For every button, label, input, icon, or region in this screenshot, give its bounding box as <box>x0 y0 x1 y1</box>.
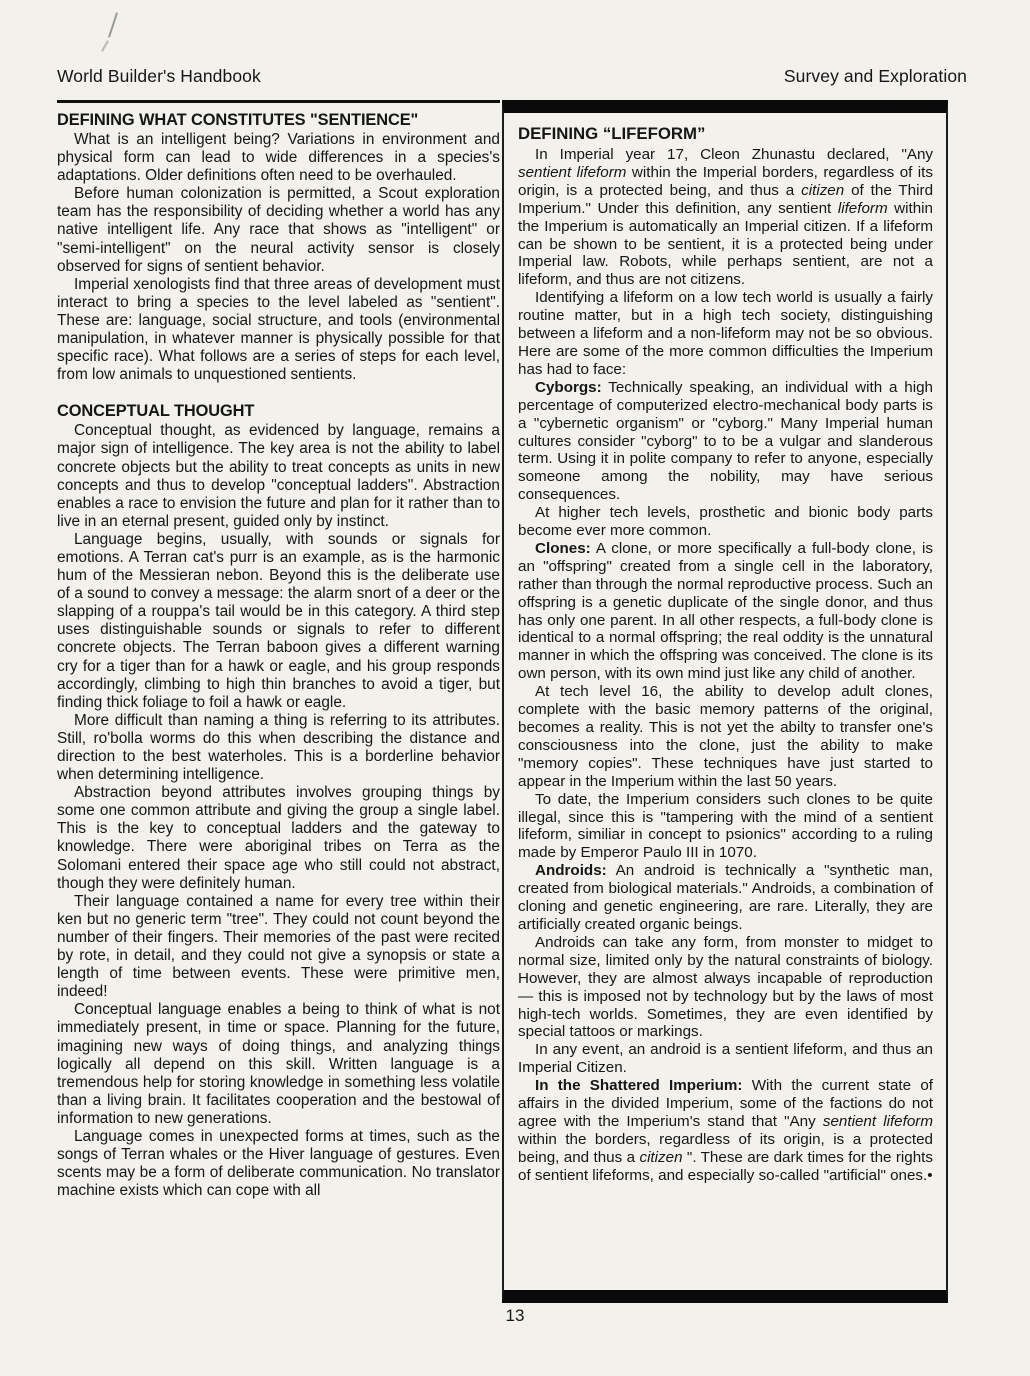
scan-artifact-mark <box>101 40 109 51</box>
paragraph: Before human colonization is permitted, … <box>57 185 500 275</box>
page-footer: 13 <box>0 1306 1030 1326</box>
section-heading-sentience: DEFINING WHAT CONSTITUTES "SENTIENCE" <box>57 110 500 130</box>
paragraph: Conceptual thought, as evidenced by lang… <box>57 422 500 531</box>
paragraph: In Imperial year 17, Cleon Zhunastu decl… <box>518 146 933 289</box>
paragraph-androids: Androids: An android is technically a "s… <box>518 862 933 934</box>
paragraph: Their language contained a name for ever… <box>57 893 500 1002</box>
paragraph: Androids can take any form, from monster… <box>518 934 933 1041</box>
paragraph: At higher tech levels, prosthetic and bi… <box>518 504 933 540</box>
section-heading-conceptual-thought: CONCEPTUAL THOUGHT <box>57 401 500 421</box>
paragraph: Language begins, usually, with sounds or… <box>57 531 500 712</box>
paragraph: Identifying a lifeform on a low tech wor… <box>518 289 933 379</box>
paragraph: Imperial xenologists find that three are… <box>57 276 500 385</box>
paragraph: What is an intelligent being? Variations… <box>57 131 500 185</box>
chapter-title: Survey and Exploration <box>784 66 967 87</box>
paragraph: Abstraction beyond attributes involves g… <box>57 784 500 893</box>
section-heading-lifeform: DEFINING “LIFEFORM” <box>518 123 933 144</box>
scanned-book-page: World Builder's Handbook Survey and Expl… <box>0 0 1030 1376</box>
scan-artifact-mark <box>108 12 118 37</box>
book-title: World Builder's Handbook <box>57 66 261 87</box>
paragraph-cyborgs: Cyborgs: Technically speaking, an indivi… <box>518 379 933 504</box>
paragraph-clones: Clones: A clone, or more specifically a … <box>518 540 933 683</box>
paragraph: More difficult than naming a thing is re… <box>57 712 500 784</box>
paragraph: In any event, an android is a sentient l… <box>518 1041 933 1077</box>
paragraph: Conceptual language enables a being to t… <box>57 1001 500 1128</box>
paragraph: To date, the Imperium considers such clo… <box>518 791 933 863</box>
paragraph: Language comes in unexpected forms at ti… <box>57 1128 500 1200</box>
left-text-column: DEFINING WHAT CONSTITUTES "SENTIENCE" Wh… <box>57 100 500 1200</box>
page-number: 13 <box>506 1306 525 1325</box>
paragraph: At tech level 16, the ability to develop… <box>518 683 933 790</box>
paragraph-shattered-imperium: In the Shattered Imperium: With the curr… <box>518 1077 933 1184</box>
running-header: World Builder's Handbook Survey and Expl… <box>57 66 967 87</box>
lifeform-sidebar-box: DEFINING “LIFEFORM” In Imperial year 17,… <box>502 100 948 1303</box>
